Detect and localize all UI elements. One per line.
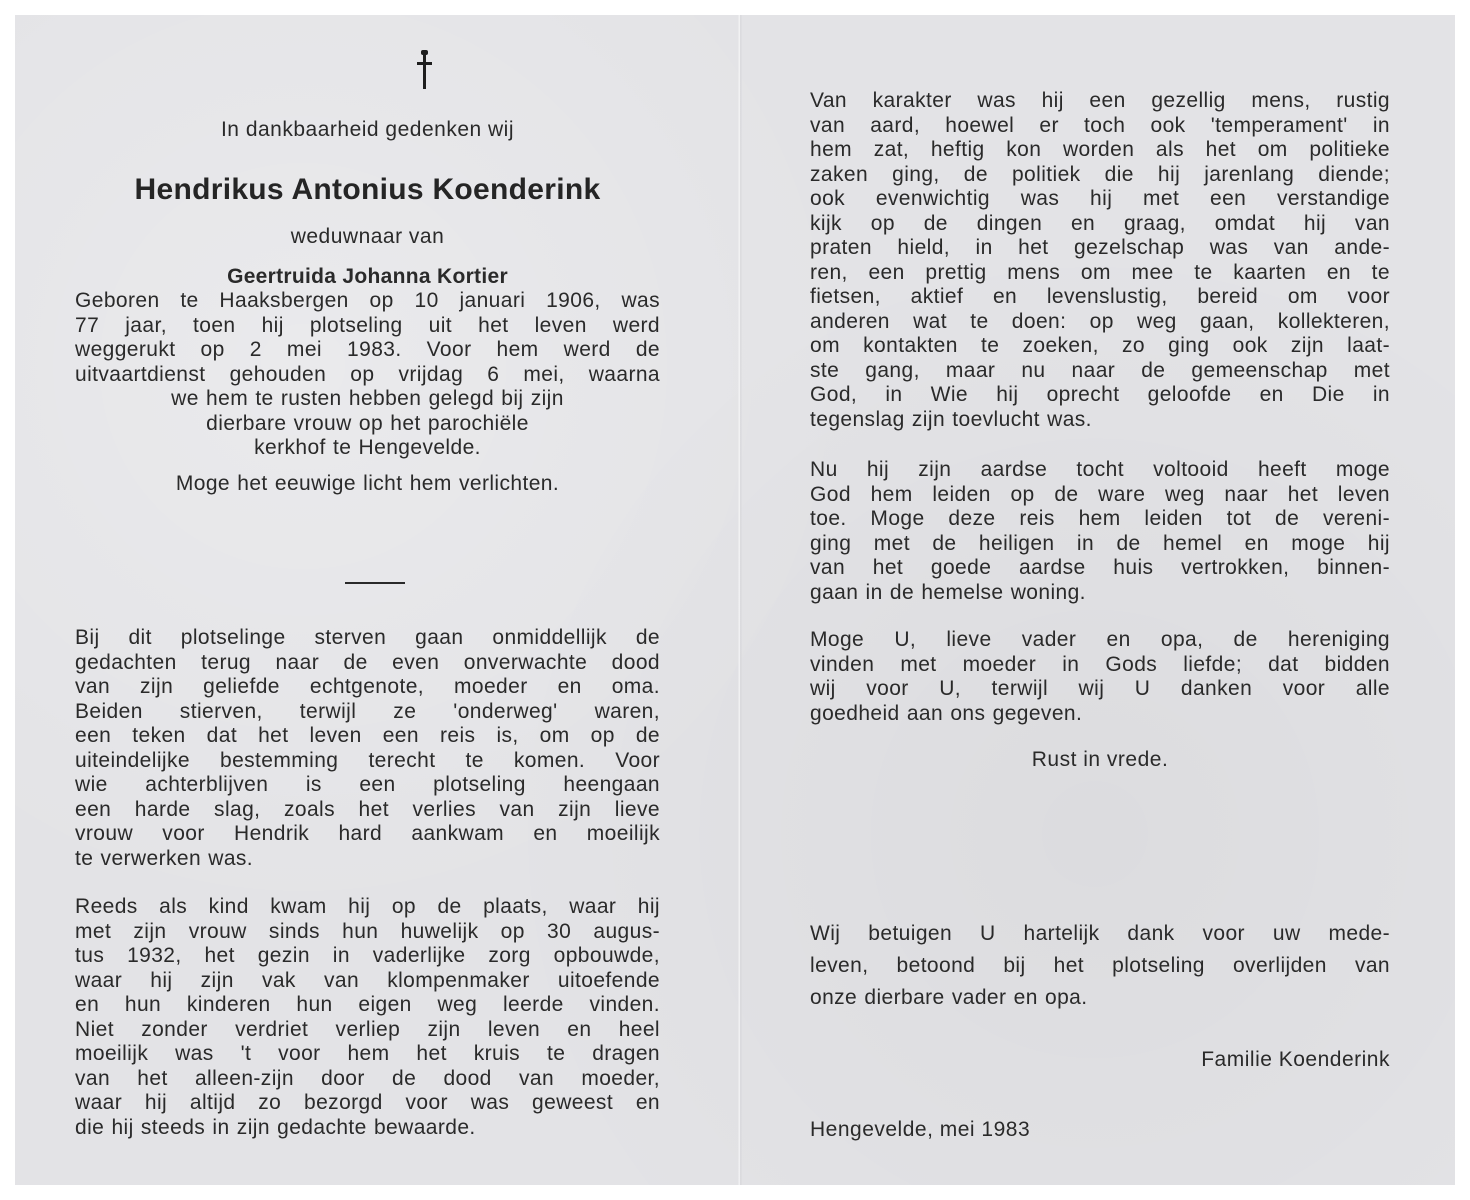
text-line: we hem te rusten hebben gelegd bij zijn	[75, 387, 660, 412]
text-line: Moge U, lieve vader en opa, de herenigin…	[810, 628, 1390, 653]
text-line: ren, een prettig mens om mee te kaarten …	[810, 261, 1390, 286]
text-line: waar hij zijn vak van klompenmaker uitoe…	[75, 969, 660, 994]
text-line: Niet zonder verdriet verliep zijn leven …	[75, 1018, 660, 1043]
memorial-card: In dankbaarheid gedenken wij Hendrikus A…	[15, 15, 1455, 1185]
text-line: goedheid aan ons gegeven.	[810, 702, 1390, 727]
divider	[345, 582, 405, 584]
birth-death-paragraph: Geboren te Haaksbergen op 10 januari 190…	[75, 289, 660, 496]
text-line: van het alleen-zijn door de dood van moe…	[75, 1067, 660, 1092]
text-line: Reeds als kind kwam hij op de plaats, wa…	[75, 895, 660, 920]
text-line: wij voor U, terwijl wij U danken voor al…	[810, 677, 1390, 702]
fold-crease	[738, 15, 742, 1185]
text-line: fietsen, aktief en levenslustig, bereid …	[810, 285, 1390, 310]
text-line: van het goede aardse huis vertrokken, bi…	[810, 556, 1390, 581]
text-line: Nu hij zijn aardse tocht voltooid heeft …	[810, 458, 1390, 483]
text-line: praten hield, in het gezelschap was van …	[810, 236, 1390, 261]
text-line: uiteindelijke bestemming terecht te kome…	[75, 749, 660, 774]
text-line: Wij betuigen U hartelijk dank voor uw me…	[810, 918, 1390, 950]
text-line: leven, betoond bij het plotseling overli…	[810, 950, 1390, 982]
text-line: te verwerken was.	[75, 847, 660, 872]
text-line: wie achterblijven is een plotseling heen…	[75, 773, 660, 798]
text-line: Geboren te Haaksbergen op 10 januari 190…	[75, 289, 660, 314]
text-line: moeilijk was 't voor hem het kruis te dr…	[75, 1042, 660, 1067]
text-line: anderen wat te doen: op weg gaan, kollek…	[810, 310, 1390, 335]
text-line: ste gang, maar nu naar de gemeenschap me…	[810, 359, 1390, 384]
text-line: gedachten terug naar de even onverwachte…	[75, 651, 660, 676]
text-line: kijk op de dingen en graag, omdat hij va…	[810, 212, 1390, 237]
text-line: om kontakten te zoeken, zo ging ook zijn…	[810, 334, 1390, 359]
text-line: God hem leiden op de ware weg naar het l…	[810, 483, 1390, 508]
text-line: van aard, hoewel er toch ook 'temperamen…	[810, 114, 1390, 139]
journey-paragraph: Nu hij zijn aardse tocht voltooid heeft …	[810, 458, 1390, 605]
text-line: gaan in de hemelse woning.	[810, 581, 1390, 606]
text-line: onze dierbare vader en opa.	[810, 982, 1390, 1014]
sudden-death-paragraph: Bij dit plotselinge sterven gaan onmidde…	[75, 626, 660, 871]
text-line: vinden met moeder in Gods liefde; dat bi…	[810, 653, 1390, 678]
text-line: ging met de heiligen in de hemel en moge…	[810, 532, 1390, 557]
text-line: van zijn geliefde echtgenote, moeder en …	[75, 675, 660, 700]
deceased-name: Hendrikus Antonius Koenderink	[75, 173, 660, 207]
text-line: tegenslag zijn toevlucht was.	[810, 408, 1390, 433]
thanks-paragraph: Wij betuigen U hartelijk dank voor uw me…	[810, 918, 1390, 1014]
blessing-line: Moge het eeuwige licht hem verlichten.	[75, 472, 660, 497]
text-line: dierbare vrouw op het parochiële	[75, 412, 660, 437]
text-line: ook evenwichtig was hij met een verstand…	[810, 187, 1390, 212]
text-line: vrouw voor Hendrik hard aankwam en moeil…	[75, 822, 660, 847]
childhood-paragraph: Reeds als kind kwam hij op de plaats, wa…	[75, 895, 660, 1140]
intro-line: In dankbaarheid gedenken wij	[75, 118, 660, 142]
text-line: Beiden stierven, terwijl ze 'onderweg' w…	[75, 700, 660, 725]
place-date: Hengevelde, mei 1983	[810, 1118, 1030, 1142]
text-line: Bij dit plotselinge sterven gaan onmidde…	[75, 626, 660, 651]
text-line: uitvaartdienst gehouden op vrijdag 6 mei…	[75, 363, 660, 388]
text-line: hem zat, heftig kon worden als het om po…	[810, 138, 1390, 163]
family-signature: Familie Koenderink	[1201, 1048, 1390, 1072]
text-line: en hun kinderen hun eigen weg leerde vin…	[75, 993, 660, 1018]
text-line: een teken dat het leven een reis is, om …	[75, 724, 660, 749]
text-line: kerkhof te Hengevelde.	[75, 436, 660, 461]
character-paragraph: Van karakter was hij een gezellig mens, …	[810, 89, 1390, 432]
text-line: toe. Moge deze reis hem leiden tot de ve…	[810, 507, 1390, 532]
text-line: weggerukt op 2 mei 1983. Voor hem werd d…	[75, 338, 660, 363]
text-line: 77 jaar, toen hij plotseling uit het lev…	[75, 314, 660, 339]
text-line: zaken ging, de politiek die hij jarenlan…	[810, 163, 1390, 188]
spouse-name: Geertruida Johanna Kortier	[75, 265, 660, 289]
text-line: Van karakter was hij een gezellig mens, …	[810, 89, 1390, 114]
text-line: tus 1932, het gezin in vaderlijke zorg o…	[75, 944, 660, 969]
text-line: die hij steeds in zijn gedachte bewaarde…	[75, 1116, 660, 1141]
text-line: waar hij altijd zo bezorgd voor was gewe…	[75, 1091, 660, 1116]
cross-icon	[415, 53, 435, 89]
prayer-paragraph: Moge U, lieve vader en opa, de herenigin…	[810, 628, 1390, 726]
widower-of-label: weduwnaar van	[75, 225, 660, 249]
text-line: God, in Wie hij oprecht geloofde en Die …	[810, 383, 1390, 408]
text-line: met zijn vrouw sinds hun huwelijk op 30 …	[75, 920, 660, 945]
text-line: een harde slag, zoals het verlies van zi…	[75, 798, 660, 823]
rest-in-peace: Rust in vrede.	[810, 748, 1390, 772]
